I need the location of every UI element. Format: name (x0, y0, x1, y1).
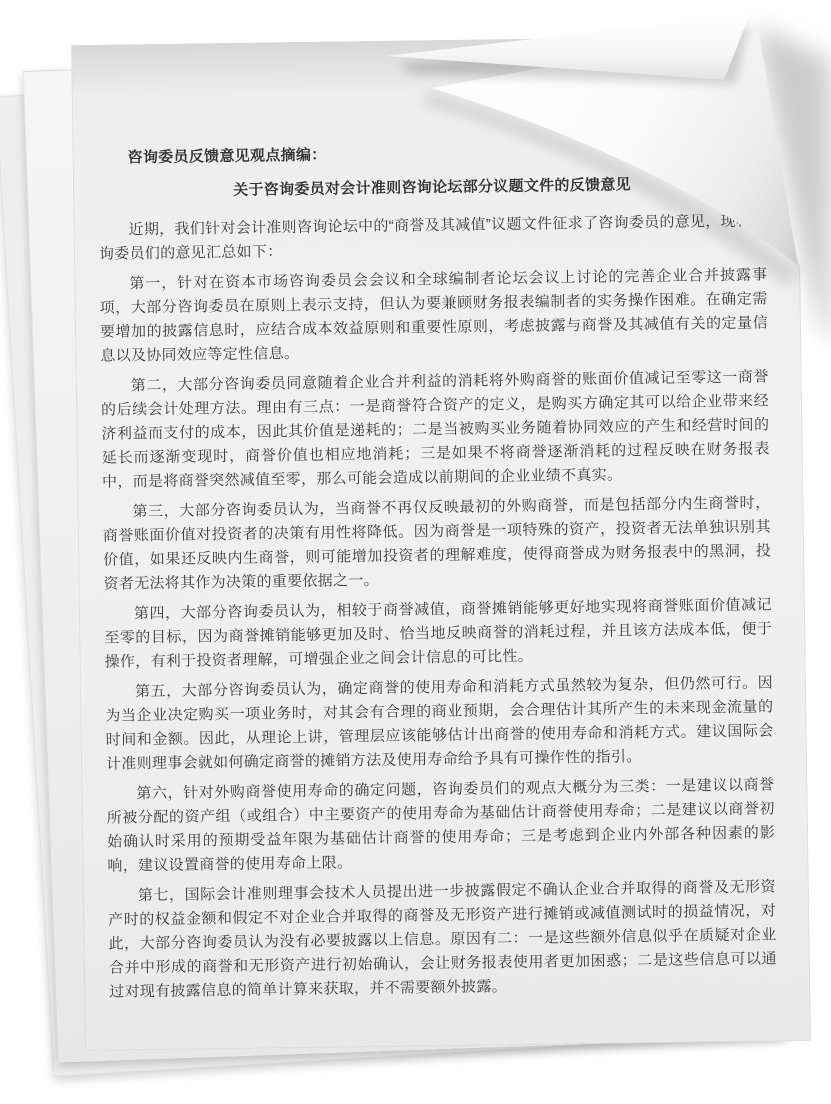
paragraph: 第七，国际会计准则理事会技术人员提出进一步披露假定不确认企业合并取得的商誉及无形… (108, 875, 778, 1004)
page-curl (370, 0, 831, 345)
page-background: 咨询委员反馈意见观点摘编： 关于咨询委员对会计准则咨询论坛部分议题文件的反馈意见… (0, 0, 831, 1104)
paragraph: 第二，大部分咨询委员同意随着企业合并利益的消耗将外购商誉的账面价值减记至零这一商… (101, 365, 771, 494)
paragraph: 第四，大部分咨询委员认为，相较于商誉减值，商誉摊销能够更好地实现将商誉账面价值减… (104, 593, 773, 674)
paragraph: 第六，针对外购商誉使用寿命的确定问题，咨询委员们的观点大概分为三类：一是建议以商… (106, 773, 775, 878)
paragraph: 第三，大部分咨询委员认为，当商誉不再仅反映最初的外购商誉，而是包括部分内生商誉时… (102, 491, 771, 596)
paragraph: 第五，大部分咨询委员认为，确定商誉的使用寿命和消耗方式虽然较为复杂，但仍然可行。… (105, 671, 774, 776)
